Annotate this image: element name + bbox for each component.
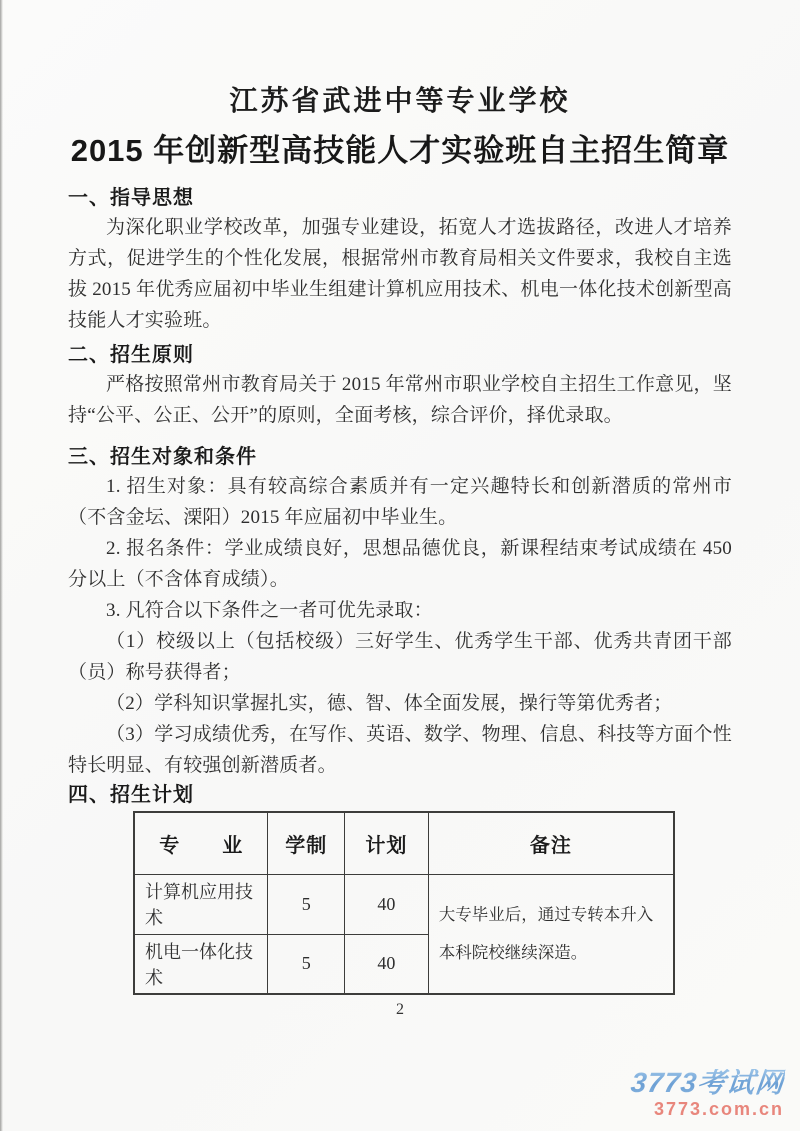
paragraph: 为深化职业学校改革，加强专业建设，拓宽人才选拔路径，改进人才培养方式，促进学生的…: [68, 212, 732, 336]
column-header-quota: 计划: [345, 812, 429, 874]
quota-value: 40: [345, 874, 429, 934]
duration-value: 5: [268, 874, 345, 934]
paragraph: 严格按照常州市教育局关于 2015 年常州市职业学校自主招生工作意见，坚持“公平…: [68, 369, 732, 431]
column-header-duration: 学制: [268, 812, 345, 874]
page-number: 2: [68, 1001, 732, 1019]
paragraph: 2. 报名条件：学业成绩良好，思想品德优良，新课程结束考试成绩在 450 分以上…: [68, 533, 732, 595]
document-title: 江苏省武进中等专业学校: [68, 84, 732, 117]
scan-left-edge: [0, 0, 3, 1131]
watermark-site-domain: 3773.com.cn: [631, 1100, 784, 1118]
section-heading-guiding-ideology: 一、指导思想: [68, 184, 732, 212]
enrollment-plan-table: 专 业 学制 计划 备注 计算机应用技术 5 40 大专毕业后，通过专转本升入本…: [133, 811, 675, 995]
paragraph: 1. 招生对象：具有较高综合素质并有一定兴趣特长和创新潜质的常州市（不含金坛、溧…: [68, 471, 732, 533]
document-body: 江苏省武进中等专业学校 2015 年创新型高技能人才实验班自主招生简章 一、指导…: [68, 0, 732, 1019]
section-heading-enrollment-plan: 四、招生计划: [68, 781, 732, 809]
quota-value: 40: [345, 934, 429, 994]
column-header-major: 专 业: [134, 812, 268, 874]
major-name: 机电一体化技术: [134, 934, 268, 994]
paragraph: （3）学习成绩优秀，在写作、英语、数学、物理、信息、科技等方面个性特长明显、有较…: [68, 719, 732, 781]
watermark: 3773考试网 3773.com.cn: [631, 1069, 784, 1118]
document-subtitle: 2015 年创新型高技能人才实验班自主招生简章: [68, 130, 732, 172]
table-header-row: 专 业 学制 计划 备注: [134, 812, 674, 874]
column-header-remark: 备注: [428, 812, 674, 874]
duration-value: 5: [268, 934, 345, 994]
watermark-site-name: 3773考试网: [629, 1069, 785, 1097]
major-name: 计算机应用技术: [134, 874, 268, 934]
paragraph: 3. 凡符合以下条件之一者可优先录取：: [68, 595, 732, 626]
remark-cell: 大专毕业后，通过专转本升入本科院校继续深造。: [428, 874, 674, 994]
section-heading-enrollment-principles: 二、招生原则: [68, 341, 732, 369]
paragraph: （2）学科知识掌握扎实，德、智、体全面发展，操行等第优秀者；: [68, 688, 732, 719]
section-heading-targets-and-conditions: 三、招生对象和条件: [68, 443, 732, 471]
table-row: 计算机应用技术 5 40 大专毕业后，通过专转本升入本科院校继续深造。: [134, 874, 674, 934]
paragraph: （1）校级以上（包括校级）三好学生、优秀学生干部、优秀共青团干部（员）称号获得者…: [68, 626, 732, 688]
